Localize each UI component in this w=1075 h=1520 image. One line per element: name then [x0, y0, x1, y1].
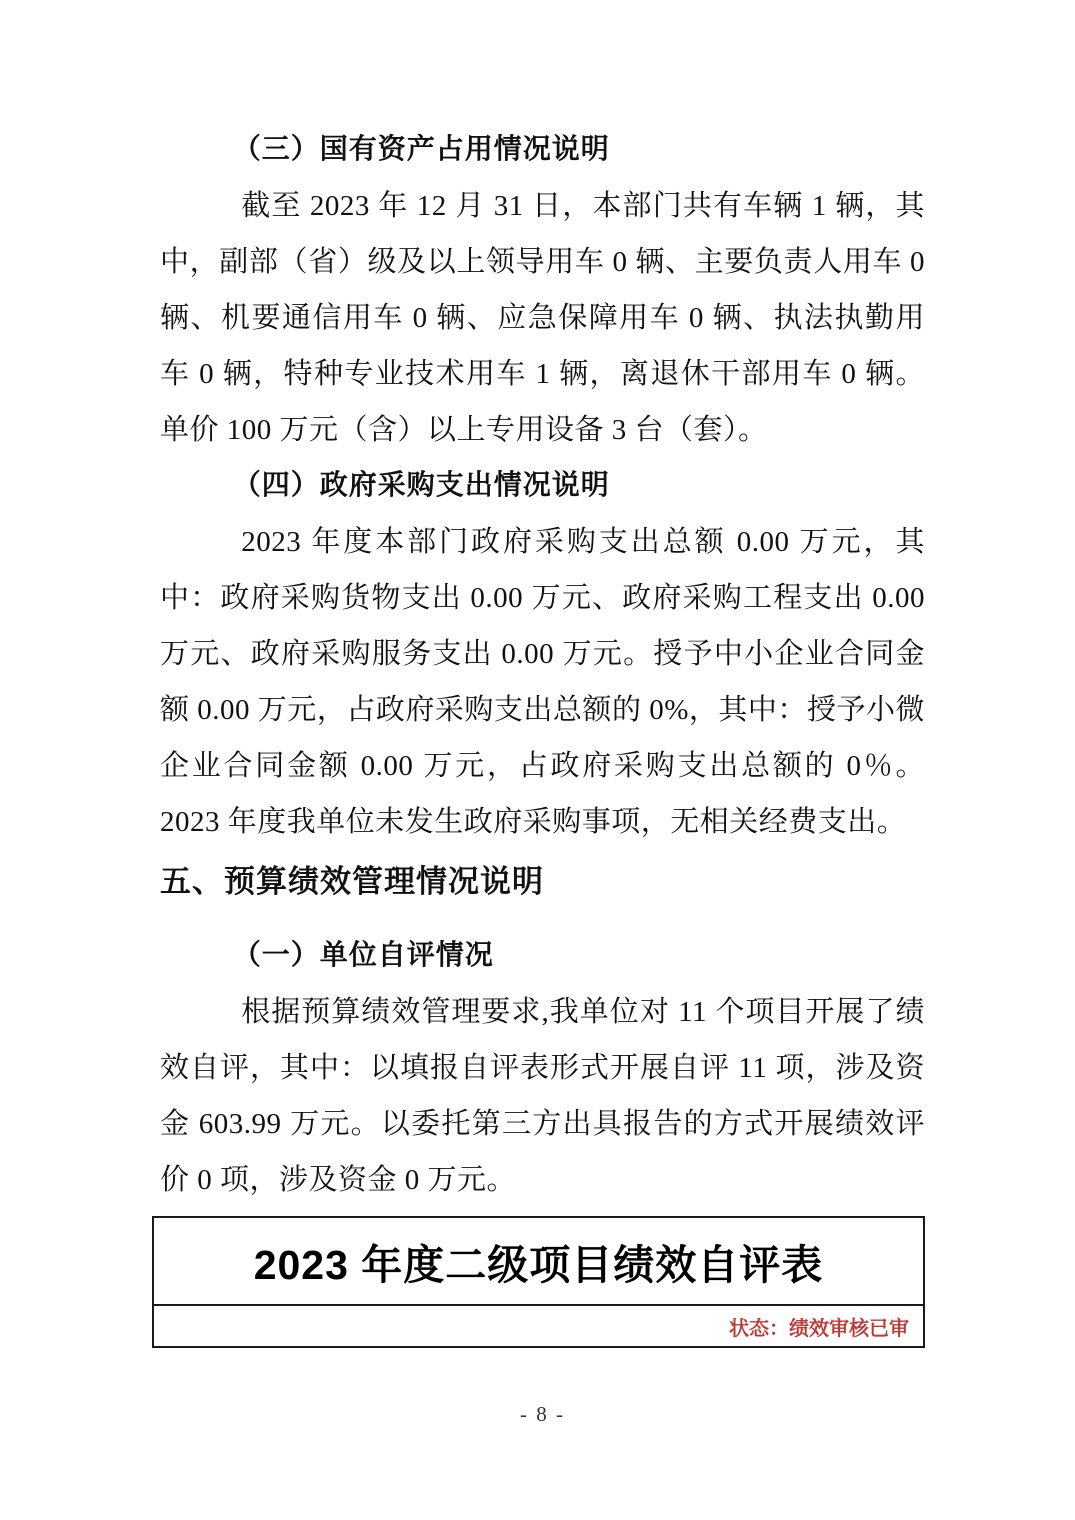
self-eval-table-title-row: 2023 年度二级项目绩效自评表 [154, 1218, 923, 1306]
paragraph-gov-procurement: 2023 年度本部门政府采购支出总额 0.00 万元，其中：政府采购货物支出 0… [160, 514, 925, 850]
heading-unit-self-eval: （一）单位自评情况 [160, 928, 925, 984]
heading-gov-procurement: （四）政府采购支出情况说明 [160, 458, 925, 514]
heading-state-assets: （三）国有资产占用情况说明 [160, 122, 925, 178]
status-badge: 状态：绩效审核已审 [729, 1312, 909, 1341]
self-eval-table-title: 2023 年度二级项目绩效自评表 [254, 1232, 824, 1291]
self-eval-table-status-row: 状态：绩效审核已审 [154, 1306, 923, 1346]
document-page: （三）国有资产占用情况说明 截至 2023 年 12 月 31 日，本部门共有车… [0, 0, 1075, 1520]
page-number: - 8 - [160, 1402, 925, 1427]
paragraph-state-assets: 截至 2023 年 12 月 31 日，本部门共有车辆 1 辆，其中，副部（省）… [160, 178, 925, 458]
self-eval-table-box: 2023 年度二级项目绩效自评表 状态：绩效审核已审 [152, 1216, 925, 1348]
paragraph-unit-self-eval: 根据预算绩效管理要求,我单位对 11 个项目开展了绩效自评，其中：以填报自评表形… [160, 984, 925, 1208]
heading-budget-performance: 五、预算绩效管理情况说明 [160, 860, 925, 904]
